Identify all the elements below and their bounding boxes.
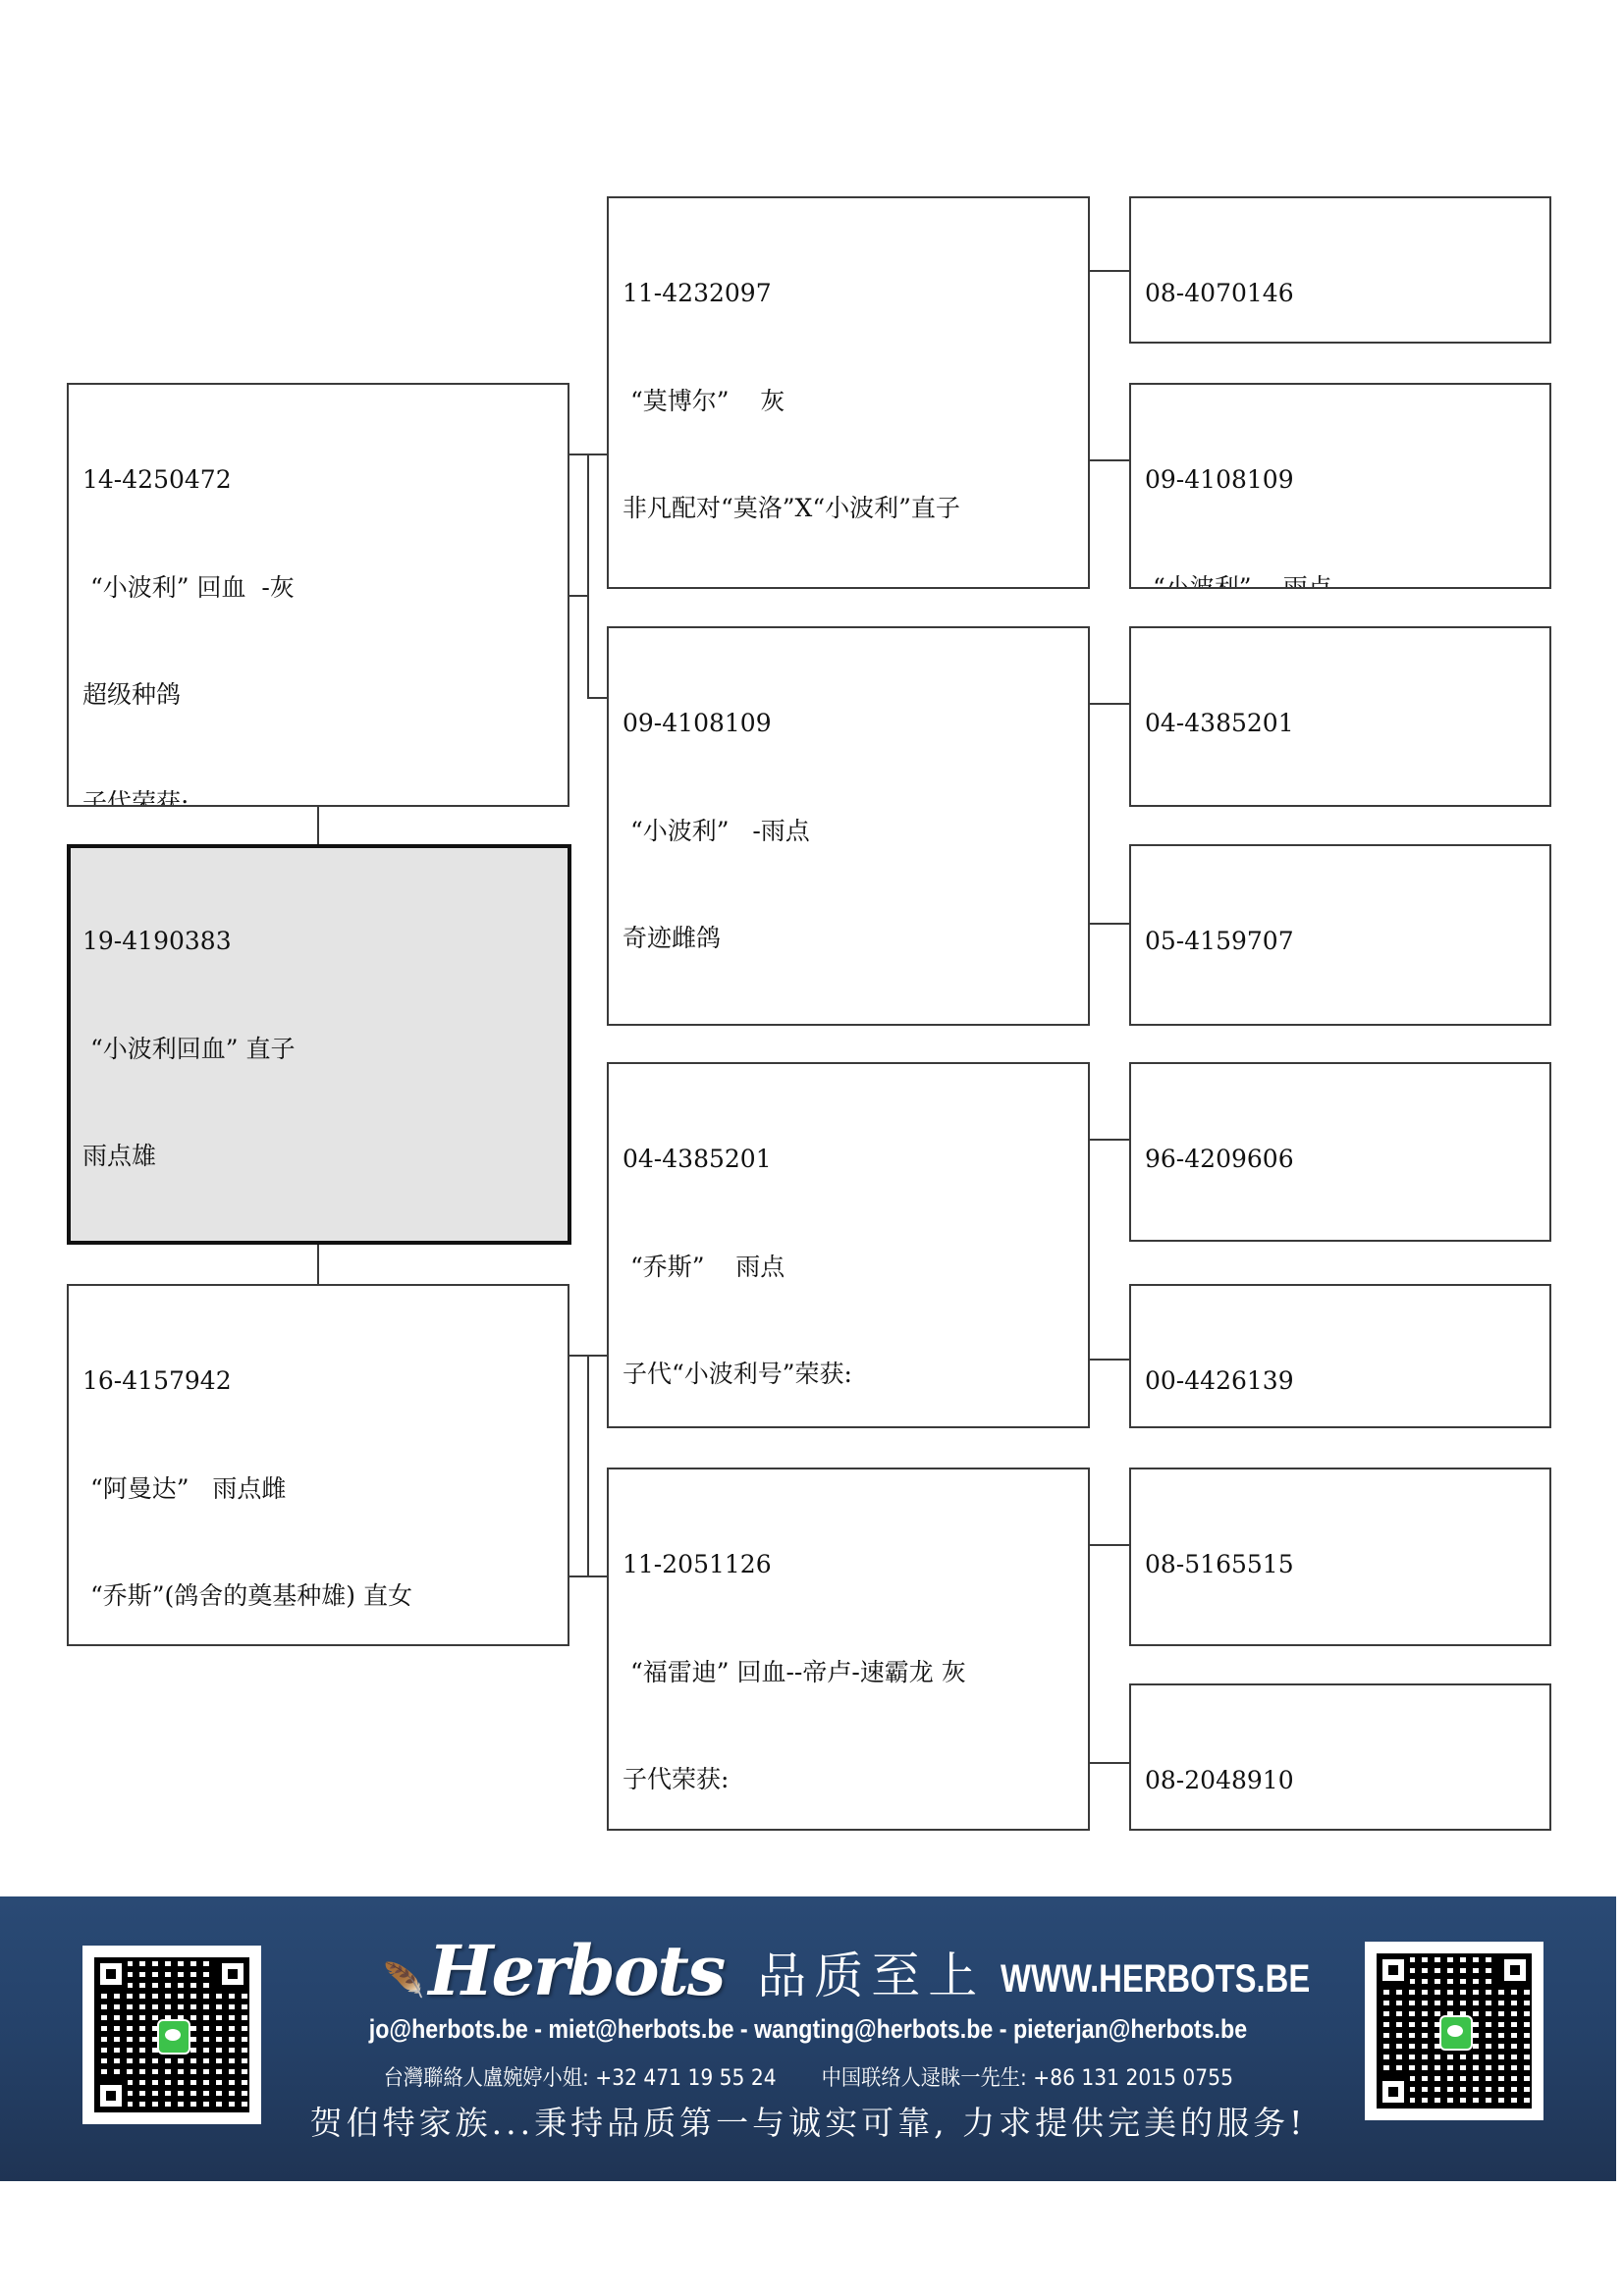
qr-finder-icon <box>94 1957 128 1991</box>
connector-sire-dam <box>587 697 607 699</box>
gen3-card-5: 96-4209606 “黑 2000” 黑 “乔斯”之父 “小波利号”之祖父 <box>1129 1062 1551 1242</box>
wechat-qr-code[interactable] <box>1365 1942 1543 2120</box>
connector-sire-to-col2 <box>569 454 588 455</box>
pigeon-name: “小波利” 回血 -灰 <box>82 570 554 607</box>
gen3-card-3: 04-4385201 “乔斯” 雨点 鸽舍的奠基种雄 子代“小波利号”荣获: 图… <box>1129 626 1551 807</box>
contact-taiwan: 台灣聯絡人盧婉婷小姐: +32 471 19 55 24 <box>383 2066 776 2091</box>
ring-number: 09-4108109 <box>1145 462 1536 499</box>
card-line: 子代荣获: <box>623 1762 1074 1798</box>
connector-c2b-c3-4 <box>1090 923 1129 925</box>
brand-slogan: 品质至上 <box>757 1942 985 2010</box>
card-line: 雨点雄 <box>82 1139 556 1175</box>
sire-sire-card: 11-4232097 “莫博尔” 灰 非凡配对“莫洛”X“小波利”直子 留作种鸽… <box>607 196 1090 589</box>
ring-number: 00-4426139 <box>1145 1363 1536 1400</box>
pigeon-name: “小波利” -雨点 <box>623 814 1074 850</box>
connector-c2c-c3-5 <box>1090 1139 1129 1141</box>
connector-sire-subject <box>317 807 319 844</box>
card-line: 超级种鸽 <box>82 677 554 714</box>
ring-number: 04-4385201 <box>1145 706 1536 742</box>
sire-dam-card: 09-4108109 “小波利” -雨点 奇迹雌鸽 本身荣获: 图尔联省 225… <box>607 626 1090 1026</box>
gen3-card-6: 00-4426139 “小莫里斯” “乔斯”之母 “小波利号”之祖母 <box>1129 1284 1551 1428</box>
ring-number: 08-5165515 <box>1145 1547 1536 1583</box>
connector-sire-col2-spine <box>587 454 589 699</box>
card-line: 非凡配对“莫洛”X“小波利”直子 <box>623 491 1074 527</box>
brand-logo: Herbots <box>428 1932 724 2010</box>
gen3-card-2: 09-4108109 “小波利” -雨点 奇迹雌鸽 本身荣获: 图尔联省 225… <box>1129 383 1551 589</box>
ring-number: 05-4159707 <box>1145 924 1536 960</box>
ring-number: 16-4157942 <box>82 1363 554 1400</box>
pigeon-name: “莫博尔” 灰 <box>623 384 1074 420</box>
footer-banner: 🪶 Herbots 品质至上 WWW.HERBOTS.BE jo@herbots… <box>0 1896 1616 2181</box>
ring-number: 96-4209606 <box>1145 1142 1536 1178</box>
qr-finder-icon <box>1377 1953 1410 1987</box>
card-line: “乔斯”(鸽舍的奠基种雄) 直女 <box>82 1578 554 1615</box>
brand-row: 🪶 Herbots 品质至上 WWW.HERBOTS.BE <box>383 1932 1379 2010</box>
dam-dam-card: 11-2051126 “福雷迪” 回血--帝卢-速霸龙 灰 子代荣获: 拿永 1… <box>607 1468 1090 1831</box>
pigeon-name: “小波利回血” 直子 <box>82 1032 556 1068</box>
card-line: 奇迹雌鸽 <box>623 921 1074 957</box>
sire-card: 14-4250472 “小波利” 回血 -灰 超级种鸽 子代荣获: 2019 年… <box>67 383 569 807</box>
connector-dam-dam <box>569 1575 607 1577</box>
dam-sire-card: 04-4385201 “乔斯” 雨点 子代“小波利号”荣获: 图尔联省 2257… <box>607 1062 1090 1428</box>
pigeon-name: “阿曼达” 雨点雌 <box>82 1471 554 1508</box>
gen3-card-1: 08-4070146 “莫洛” -灰, 顶级种鸽 子代荣获: 鸽王全国 3 位 <box>1129 196 1551 344</box>
website-link[interactable]: WWW.HERBOTS.BE <box>1001 1948 1310 2010</box>
ring-number: 11-2051126 <box>623 1547 1074 1583</box>
pigeon-name: “乔斯” 雨点 <box>623 1250 1074 1286</box>
gen3-card-7: 08-5165515 “年青福雷迪” --罗森.波斯原舍 子代赛绩: 杜尔丹 1… <box>1129 1468 1551 1646</box>
qr-finder-icon <box>1498 1953 1532 1987</box>
qr-finder-icon <box>216 1957 249 1991</box>
connector-subject-dam <box>317 1245 319 1284</box>
connector-c2a-c3-2 <box>1090 459 1129 461</box>
ring-number: 14-4250472 <box>82 462 554 499</box>
wechat-icon <box>1439 2015 1473 2051</box>
subject-card: 19-4190383 “小波利回血” 直子 雨点雄 顶级种鸽 子代荣获: 俱乐部… <box>67 844 571 1245</box>
ring-number: 04-4385201 <box>623 1142 1074 1178</box>
connector-sire-sire <box>587 454 607 455</box>
connector-c2a-c3-1 <box>1090 270 1129 272</box>
connector-c2c-c3-6 <box>1090 1359 1129 1361</box>
feather-icon: 🪶 <box>383 1951 424 2010</box>
connector-sire-mid <box>569 595 587 597</box>
qr-pattern <box>1377 1953 1532 2109</box>
ring-number: 08-4070146 <box>1145 276 1536 312</box>
connector-c2d-c3-7 <box>1090 1544 1129 1546</box>
pigeon-name: “小波利” -雨点 <box>1145 570 1536 590</box>
pigeon-name: “福雷迪” 回血--帝卢-速霸龙 灰 <box>623 1655 1074 1691</box>
email-links[interactable]: jo@herbots.be - miet@herbots.be - wangti… <box>369 2014 1247 2045</box>
card-line: 子代荣获: <box>82 785 554 808</box>
gen3-card-8: 08-2048910 “梦想家直女” --考夫曼 <box>1129 1683 1551 1831</box>
dam-card: 16-4157942 “阿曼达” 雨点雌 “乔斯”(鸽舍的奠基种雄) 直女 超级… <box>67 1284 569 1646</box>
ring-number: 11-4232097 <box>623 276 1074 312</box>
connector-c2b-c3-3 <box>1090 703 1129 705</box>
connector-dam-col2-spine <box>587 1355 589 1577</box>
ring-number: 09-4108109 <box>623 706 1074 742</box>
connector-c2d-c3-8 <box>1090 1762 1129 1764</box>
gen3-card-4: 05-4159707 “丽塔” 雨点 鸽舍的奠基种雌 子代“小波利号”荣获: 图… <box>1129 844 1551 1026</box>
ring-number: 08-2048910 <box>1145 1763 1536 1799</box>
connector-dam-sire <box>569 1355 607 1357</box>
ring-number: 19-4190383 <box>82 924 556 960</box>
contact-china: 中国联络人逯睐一先生: +86 131 2015 0755 <box>821 2066 1232 2091</box>
qr-finder-icon <box>1377 2075 1410 2109</box>
card-line: 子代“小波利号”荣获: <box>623 1357 1074 1393</box>
